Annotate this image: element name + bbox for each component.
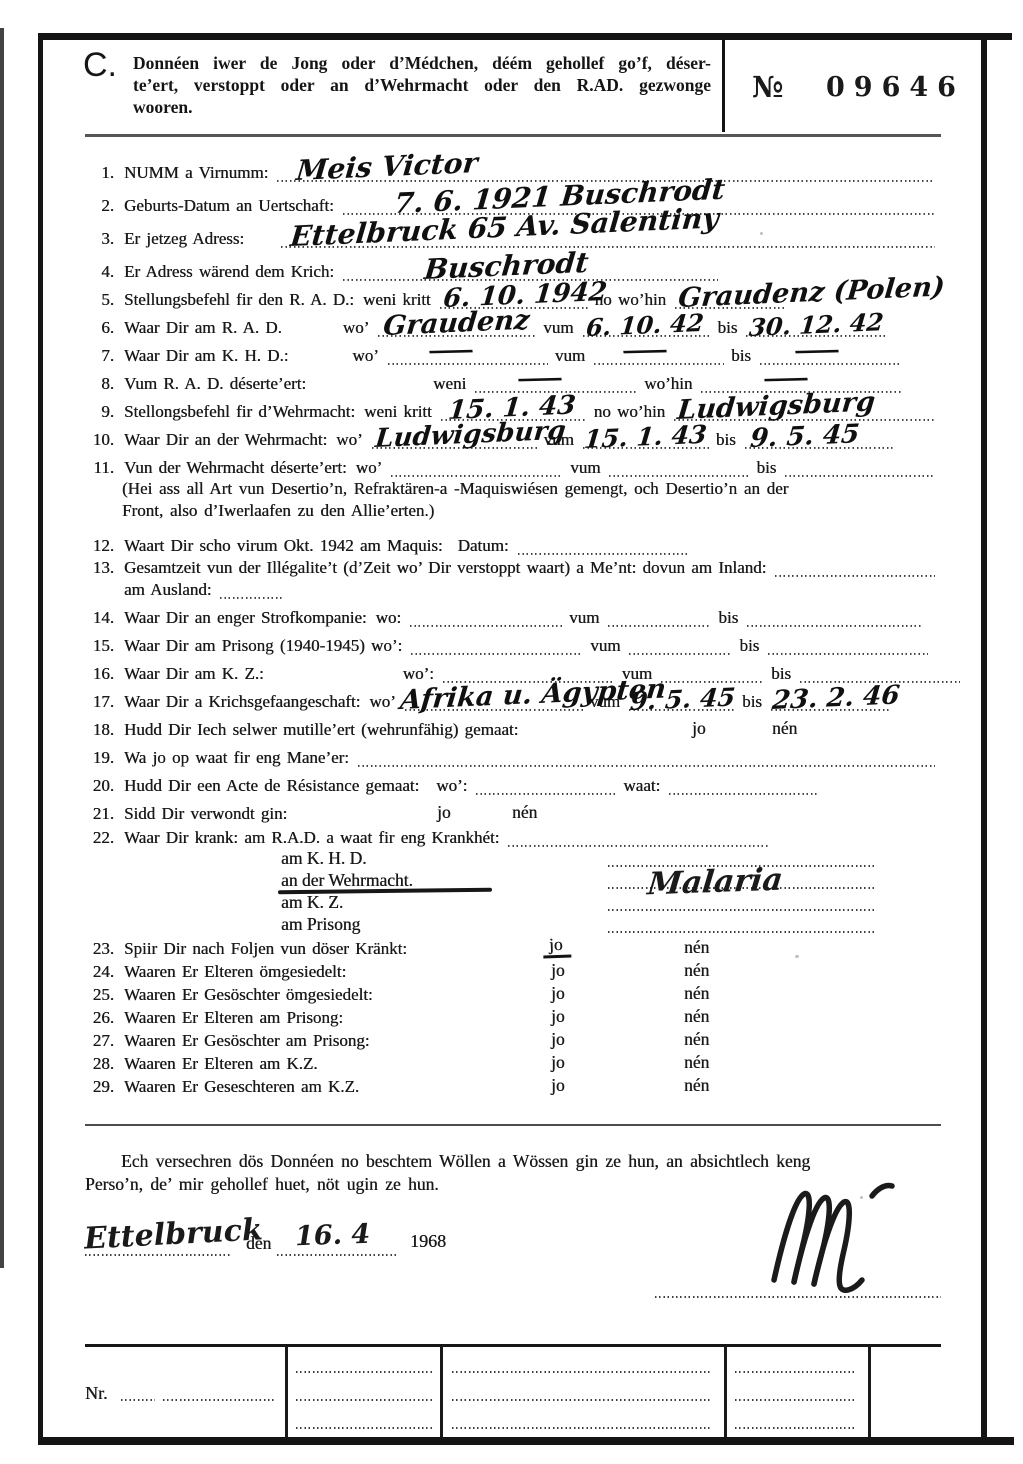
- form-item-18: 18.Hudd Dir Iech selwer mutille’ert (weh…: [0, 712, 952, 740]
- dotted-field: Graudenz: [378, 318, 536, 338]
- dotted-field: [609, 458, 749, 478]
- answer-nen: nén: [684, 1029, 709, 1050]
- handwriting-entry: Graudenz: [382, 307, 531, 340]
- item-note: (Hei ass all Art vun Desertio’n, Refrakt…: [0, 478, 958, 522]
- item-label: Waaren Er Gesöschter am Prisong:: [124, 1031, 370, 1051]
- form-item-9: 9.Stellongsbefehl fir d’Wehrmacht:weni k…: [0, 394, 952, 422]
- answer-jo: jo: [551, 1075, 565, 1096]
- field-label: weni: [433, 374, 466, 394]
- item-number: 29.: [78, 1077, 114, 1097]
- dotted-field: [608, 608, 711, 628]
- field-label: wo’: [343, 318, 369, 338]
- item-number: 24.: [78, 962, 114, 982]
- item-label: Waaren Er Gesöschter ömgesiedelt:: [124, 985, 373, 1005]
- answer-nen: nén: [684, 960, 709, 981]
- field-label: weni kritt: [364, 402, 432, 422]
- dotted-field: 23. 2. 46: [771, 692, 889, 712]
- field-label: am Ausland:: [124, 580, 211, 600]
- form-item-23: 23.Spiir Dir nach Foljen vun döser Kränk…: [0, 936, 952, 959]
- place-handwriting: Ettelbruck: [83, 1212, 263, 1256]
- item-label: Waar Dir an der Wehrmacht:: [124, 430, 327, 450]
- item-label: Waar Dir a Krichsgefaangeschaft:: [124, 692, 360, 712]
- footer-cell-dotted-line: [452, 1427, 712, 1429]
- item-label: Waar Dir am R. A. D.: [124, 318, 282, 338]
- item-number: 4.: [78, 262, 114, 282]
- item-label: Waaren Er Elteren ömgesiedelt:: [124, 962, 346, 982]
- nr-dotted-line: [163, 1399, 275, 1401]
- item-note-line: (Hei ass all Art vun Desertio’n, Refrakt…: [122, 478, 958, 500]
- handwriting-entry: Ludwigsburg: [676, 388, 876, 424]
- dotted-field: [661, 664, 764, 684]
- date-dotted-line: [277, 1254, 397, 1256]
- form-item-5: 5.Stellungsbefehl fir den R. A. D.:weni …: [0, 282, 952, 310]
- handwriting-entry: Malaria: [646, 862, 785, 903]
- field-label: vum: [555, 346, 585, 366]
- field-label: vum: [590, 636, 620, 656]
- item-number: 14.: [78, 608, 114, 628]
- section-title-line: Donnéen iwer de Jong oder d’Médchen, déé…: [133, 52, 711, 74]
- form-item-16: 16.Waar Dir am K. Z.:wo’:vumbis: [0, 656, 952, 684]
- item-label: Waar Dir am K. H. D.:: [124, 346, 288, 366]
- field-label: wo:: [376, 608, 402, 628]
- footer-table-top-border: [85, 1344, 941, 1347]
- form-items: 1.NUMM a Virnumm:Meis Victor2.Geburts-Da…: [0, 150, 1023, 1097]
- item-number: 15.: [78, 636, 114, 656]
- dotted-field: —: [388, 346, 548, 366]
- form-item-29: 29.Waaren Er Geseschteren am K.Z.jonén: [0, 1074, 952, 1097]
- section-title-line: te’ert, verstoppt oder an d’Wehrmacht od…: [133, 74, 711, 96]
- field-label: wo’hin: [644, 374, 692, 394]
- item-number: 13.: [78, 558, 114, 578]
- item-note-line: Front, also d’Iwerlaafen zu den Allie’er…: [122, 500, 958, 522]
- item-number: 1.: [78, 163, 114, 183]
- item-label: Spiir Dir nach Foljen vun döser Kränkt:: [124, 939, 407, 959]
- dotted-field: Afrika u. Ägypten: [405, 692, 583, 712]
- field-label: Datum:: [458, 536, 509, 556]
- dotted-field: Ludwigsburg: [372, 430, 537, 450]
- dotted-field: [410, 608, 562, 628]
- field-label: bis: [718, 318, 738, 338]
- field-label: wo’: [356, 458, 382, 478]
- field-label: wo’:: [403, 664, 434, 684]
- field-label: waat:: [623, 776, 660, 796]
- form-item-20: 20.Hudd Dir een Acte de Résistance gemaa…: [0, 768, 952, 796]
- dotted-field: [411, 636, 583, 656]
- handwriting-entry: —: [761, 367, 812, 390]
- date-handwriting: 16. 4: [294, 1219, 370, 1253]
- item-label: NUMM a Virnumm:: [124, 163, 268, 183]
- answer-nen: nén: [684, 937, 709, 958]
- den-label: den: [246, 1233, 271, 1254]
- answer-jo: jo: [543, 934, 571, 959]
- item-number: 28.: [78, 1054, 114, 1074]
- form-item-12: 12.Waart Dir scho virum Okt. 1942 am Maq…: [0, 528, 952, 556]
- handwriting-entry: 15. 1. 43: [583, 422, 708, 452]
- dotted-field: Buschrodt: [343, 262, 718, 282]
- dotted-field: [391, 458, 563, 478]
- declaration-line: Ech versechren dös Donnéen no beschtem W…: [85, 1150, 947, 1173]
- form-item-26: 26.Waaren Er Elteren am Prisong:jonén: [0, 1005, 952, 1028]
- field-label: vum: [543, 318, 573, 338]
- item-number: 26.: [78, 1008, 114, 1028]
- dotted-field: [508, 828, 770, 848]
- footer-cell-dotted-line: [296, 1427, 434, 1429]
- item-number: 17.: [78, 692, 114, 712]
- signature-handwriting: [760, 1176, 945, 1294]
- form-item-15: 15.Waar Dir am Prisong (1940-1945) wo’:v…: [0, 628, 952, 656]
- item-label: Waar Dir am Prisong (1940-1945) wo’:: [124, 636, 402, 656]
- form-item-25: 25.Waaren Er Gesöschter ömgesiedelt:joné…: [0, 982, 952, 1005]
- item-label: Stellongsbefehl fir d’Wehrmacht:: [124, 402, 355, 422]
- answer-jo: jo: [437, 802, 451, 823]
- dotted-field: [785, 458, 935, 478]
- item-label: Waaren Er Elteren am K.Z.: [124, 1054, 318, 1074]
- item-label: Stellungsbefehl fir den R. A. D.:: [124, 290, 354, 310]
- item-label: Waar Dir am K. Z.:: [124, 664, 264, 684]
- field-label: wo’:: [436, 776, 467, 796]
- item-label: Hudd Dir Iech selwer mutille’ert (wehrun…: [124, 720, 518, 740]
- dotted-field: [358, 748, 935, 768]
- dotted-field: [747, 608, 922, 628]
- item-label: Waar Dir an enger Strofkompanie:: [124, 608, 367, 628]
- form-item-22: 22.Waar Dir krank: am R.A.D. a waat fir …: [0, 824, 952, 848]
- item-label: Vum R. A. D. déserte’ert:: [124, 374, 306, 394]
- footer-table-divider: [440, 1347, 443, 1437]
- footer-table-divider: [724, 1347, 727, 1437]
- dotted-field: [669, 776, 817, 796]
- dotted-field: [476, 776, 616, 796]
- field-label: bis: [771, 664, 791, 684]
- item-label: Er Adress wärend dem Krich:: [124, 262, 334, 282]
- item-label: Gesamtzeit vun der Illégalite’t (d’Zeit …: [124, 558, 766, 578]
- handwriting-entry: 9. 5. 45: [749, 421, 861, 452]
- form-subitem: am K. Z.: [0, 892, 952, 914]
- handwriting-entry: —: [791, 339, 842, 362]
- nr-label: Nr.: [85, 1383, 108, 1404]
- dotted-field: 6. 10. 42: [583, 318, 711, 338]
- header-divider: [722, 40, 725, 132]
- item-number: 5.: [78, 290, 114, 310]
- item-number: 19.: [78, 748, 114, 768]
- section-title: Donnéen iwer de Jong oder d’Médchen, déé…: [133, 52, 711, 118]
- handwriting-entry: Meis Victor: [295, 149, 479, 185]
- handwriting-entry: 9. 5. 45: [629, 684, 736, 714]
- handwriting-entry: Ludwigsburg: [374, 418, 567, 452]
- answer-jo: jo: [551, 960, 565, 981]
- dotted-field: [768, 636, 928, 656]
- footer-cell-dotted-line: [452, 1399, 712, 1401]
- item-number: 20.: [78, 776, 114, 796]
- field-label: no wo’hin: [594, 402, 665, 422]
- item-label: Waar Dir krank: am R.A.D. a waat fir eng…: [124, 828, 499, 848]
- numero-sign: №: [752, 70, 784, 104]
- subitem-label: am K. Z.: [281, 892, 343, 913]
- field-label: vum: [569, 608, 599, 628]
- nr-dotted-line: [121, 1399, 155, 1401]
- field-label: bis: [718, 608, 738, 628]
- field-label: vum: [570, 458, 600, 478]
- dotted-field: [775, 558, 935, 578]
- item-number: 6.: [78, 318, 114, 338]
- field-label: bis: [716, 430, 736, 450]
- form-item-13: 13.Gesamtzeit vun der Illégalite’t (d’Ze…: [0, 556, 952, 578]
- header-rule: [85, 134, 941, 137]
- item-label: Waaren Er Elteren am Prisong:: [124, 1008, 343, 1028]
- item-number: 12.: [78, 536, 114, 556]
- answer-jo: jo: [551, 1006, 565, 1027]
- item-number: 8.: [78, 374, 114, 394]
- form-item-6: 6.Waar Dir am R. A. D.wo’Graudenzvum6. 1…: [0, 310, 952, 338]
- section-title-line: wooren.: [133, 96, 711, 118]
- form-item-24: 24.Waaren Er Elteren ömgesiedelt:jonén: [0, 959, 952, 982]
- field-label: weni kritt: [363, 290, 431, 310]
- item-number: 23.: [78, 939, 114, 959]
- item-number: 18.: [78, 720, 114, 740]
- item-number: 11.: [78, 458, 114, 478]
- dotted-field: Graudenz (Polen): [675, 290, 787, 310]
- dotted-field: Ludwigsburg: [674, 402, 935, 422]
- form-subitem: an der Wehrmacht.Malaria: [0, 870, 952, 892]
- item-label: Geburts-Datum an Uertschaft:: [124, 196, 334, 216]
- form-subitem: am Prisong: [0, 914, 952, 936]
- form-border-bottom: [38, 1437, 1014, 1445]
- section-separator-rule: [85, 1124, 941, 1126]
- scanned-form-page: C. Donnéen iwer de Jong oder d’Médchen, …: [0, 0, 1023, 1464]
- answer-jo: jo: [551, 1052, 565, 1073]
- subitem-label: am K. H. D.: [281, 848, 367, 869]
- dotted-field: —: [760, 346, 900, 366]
- dotted-field: 9. 5. 45: [745, 430, 895, 450]
- item-number: 2.: [78, 196, 114, 216]
- item-number: 16.: [78, 664, 114, 684]
- answer-jo: jo: [692, 718, 706, 739]
- answer-nen: nén: [684, 983, 709, 1004]
- dotted-field: [608, 931, 874, 933]
- footer-cell-dotted-line: [735, 1399, 857, 1401]
- handwriting-entry: —: [515, 367, 566, 390]
- handwriting-entry: 23. 2. 46: [771, 682, 901, 714]
- item-number: 10.: [78, 430, 114, 450]
- dotted-field: [629, 636, 732, 656]
- answer-nen: nén: [684, 1075, 709, 1096]
- place-dotted-line: [85, 1254, 231, 1256]
- form-item-1: 1.NUMM a Virnumm:Meis Victor: [0, 150, 952, 183]
- form-item-17: 17.Waar Dir a Krichsgefaangeschaft:wo’Af…: [0, 684, 952, 712]
- form-item-7: 7.Waar Dir am K. H. D.:wo’—vum—bis—: [0, 338, 952, 366]
- field-label: bis: [731, 346, 751, 366]
- field-label: wo’: [352, 346, 378, 366]
- item-label: Wa jo op waat fir eng Mane’er:: [124, 748, 349, 768]
- form-item-3: 3.Er jetzeg Adress:Ettelbruck 65 Av. Sal…: [0, 216, 952, 249]
- form-serial-number: 09646: [826, 72, 965, 103]
- item-label: Sidd Dir verwondt gin:: [124, 804, 287, 824]
- item-number: 3.: [78, 229, 114, 249]
- item-number: 22.: [78, 828, 114, 848]
- footer-table-divider: [868, 1347, 871, 1437]
- answer-nen: nén: [684, 1006, 709, 1027]
- form-item-21: 21.Sidd Dir verwondt gin:jonén: [0, 796, 952, 824]
- handwriting-entry: 30. 12. 42: [748, 310, 885, 340]
- form-subitem: am K. H. D.: [0, 848, 952, 870]
- dotted-field: 9. 5. 45: [629, 692, 735, 712]
- form-item-27: 27.Waaren Er Gesöschter am Prisong:jonén: [0, 1028, 952, 1051]
- field-label: wo’: [336, 430, 362, 450]
- form-item-10: 10.Waar Dir an der Wehrmacht:wo’Ludwigsb…: [0, 422, 952, 450]
- field-label: bis: [756, 458, 776, 478]
- signature-dotted-line: [655, 1296, 941, 1298]
- dotted-field: [608, 909, 874, 911]
- form-item-11: 11.Vun der Wehrmacht déserte’ert:wo’vumb…: [0, 450, 952, 478]
- item-label: Waart Dir scho virum Okt. 1942 am Maquis…: [124, 536, 443, 556]
- form-border-top: [38, 33, 1012, 40]
- item-number: 21.: [78, 804, 114, 824]
- section-letter: C.: [83, 46, 117, 85]
- footer-cell-dotted-line: [735, 1427, 857, 1429]
- footer-cell-dotted-line: [452, 1371, 712, 1373]
- item-number: 27.: [78, 1031, 114, 1051]
- dotted-field: 30. 12. 42: [746, 318, 886, 338]
- footer-cell-dotted-line: [735, 1371, 857, 1373]
- form-item-continuation: am Ausland:: [0, 578, 952, 600]
- footer-table-divider: [285, 1347, 288, 1437]
- subitem-label: am Prisong: [281, 914, 360, 935]
- handwriting-entry: 6. 10. 42: [585, 311, 705, 340]
- answer-nen: nén: [772, 718, 797, 739]
- handwriting-entry: —: [620, 339, 671, 362]
- dotted-field: [220, 580, 282, 600]
- item-number: 25.: [78, 985, 114, 1005]
- footer-cell-dotted-line: [296, 1371, 434, 1373]
- item-label: Hudd Dir een Acte de Résistance gemaat:: [124, 776, 419, 796]
- dotted-field: 15. 1. 43: [583, 430, 709, 450]
- field-label: bis: [739, 636, 759, 656]
- answer-jo: jo: [551, 983, 565, 1004]
- field-label: wo’: [369, 692, 395, 712]
- item-number: 7.: [78, 346, 114, 366]
- dotted-field: Ettelbruck 65 Av. Salentiny: [281, 229, 935, 249]
- answer-nen: nén: [512, 802, 537, 823]
- form-item-19: 19.Wa jo op waat fir eng Mane’er:: [0, 740, 952, 768]
- dotted-field: —: [594, 346, 724, 366]
- form-item-28: 28.Waaren Er Elteren am K.Z.jonén: [0, 1051, 952, 1074]
- answer-jo: jo: [551, 1029, 565, 1050]
- item-label: Waaren Er Geseschteren am K.Z.: [124, 1077, 359, 1097]
- item-number: 9.: [78, 402, 114, 422]
- year-label: 1968: [410, 1231, 446, 1252]
- item-label: Vun der Wehrmacht déserte’ert:: [124, 458, 347, 478]
- dotted-field: [518, 536, 690, 556]
- field-label: bis: [742, 692, 762, 712]
- subitem-label: an der Wehrmacht.: [281, 870, 413, 891]
- form-item-14: 14.Waar Dir an enger Strofkompanie:wo:vu…: [0, 600, 952, 628]
- handwriting-entry: —: [425, 339, 476, 362]
- footer-cell-dotted-line: [296, 1399, 434, 1401]
- answer-nen: nén: [684, 1052, 709, 1073]
- item-label: Er jetzeg Adress:: [124, 229, 244, 249]
